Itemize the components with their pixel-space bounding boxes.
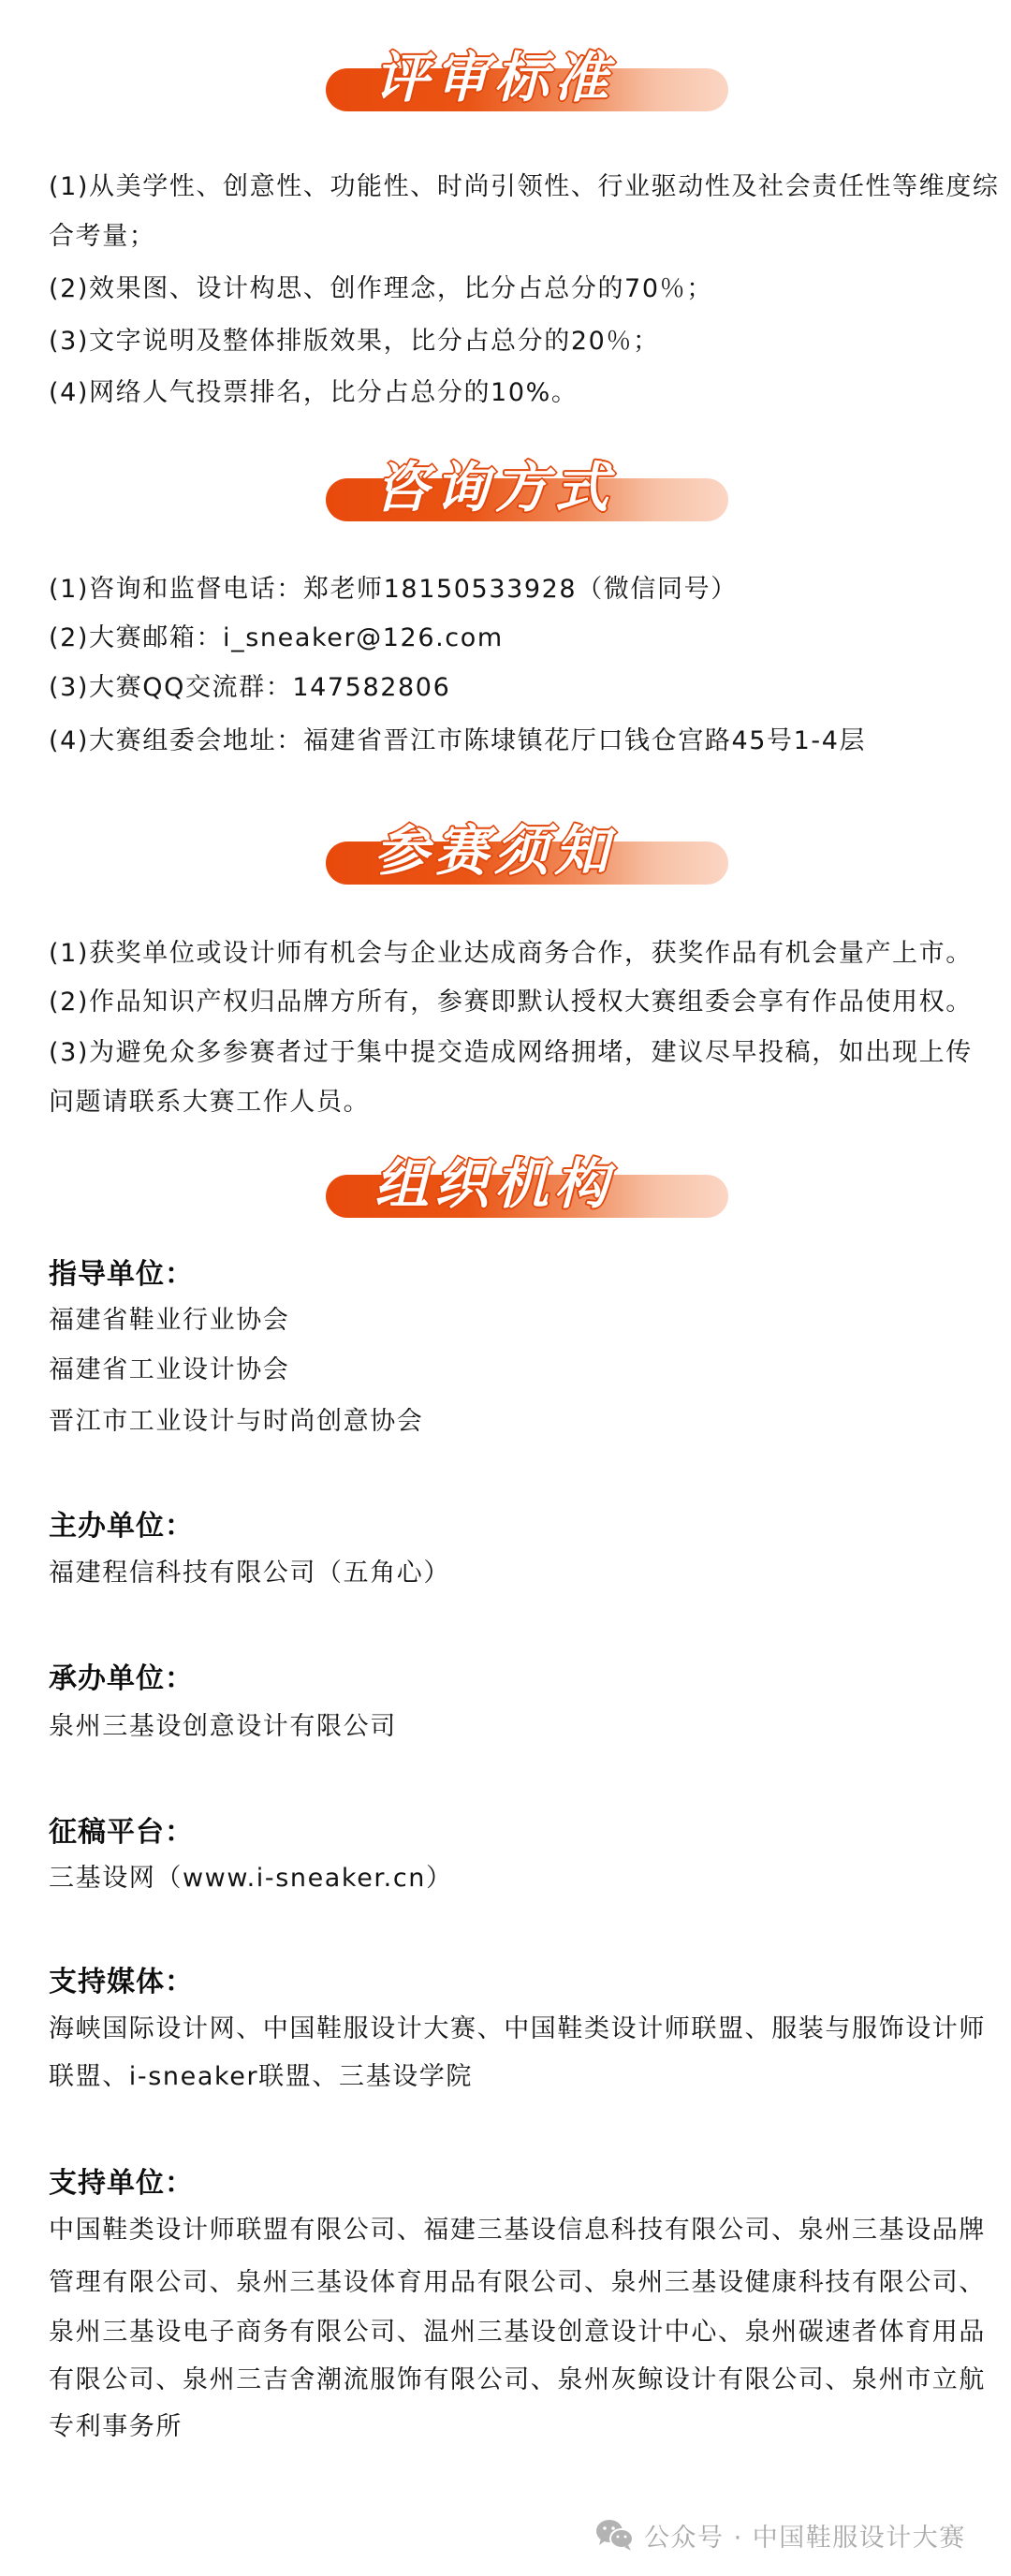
org-item: 福建省鞋业行业协会 (49, 1305, 289, 1337)
section-title: 参赛须知 (374, 818, 614, 884)
org-item: 福建省工业设计协会 (49, 1354, 289, 1386)
section-title: 组织机构 (374, 1151, 614, 1217)
section-banner-notice: 参赛须知 (326, 811, 730, 914)
org-item: 中国鞋类设计师联盟有限公司、福建三基设信息科技有限公司、泉州三基设品牌 (49, 2215, 986, 2247)
org-item-platform-link[interactable]: 三基设网（www.i-sneaker.cn） (49, 1863, 453, 1895)
org-label-media: 支持媒体： (49, 1966, 194, 1999)
criteria-line: (2)效果图、设计构思、创作理念，比分占总分的70％； (49, 273, 713, 305)
section-banner-organization: 组织机构 (326, 1144, 730, 1247)
criteria-line: (3)文字说明及整体排版效果，比分占总分的20％； (49, 326, 660, 358)
org-item: 有限公司、泉州三吉舍潮流服饰有限公司、泉州灰鲸设计有限公司、泉州市立航 (49, 2364, 986, 2396)
org-item: 晋江市工业设计与时尚创意协会 (49, 1406, 423, 1438)
org-item: 管理有限公司、泉州三基设体育用品有限公司、泉州三基设健康科技有限公司、 (49, 2267, 986, 2299)
section-title: 咨询方式 (374, 455, 614, 520)
org-item: 海峡国际设计网、中国鞋服设计大赛、中国鞋类设计师联盟、服装与服饰设计师 (49, 2013, 986, 2045)
notice-line: (1)获奖单位或设计师有机会与企业达成商务合作，获奖作品有机会量产上市。 (49, 938, 973, 970)
section-title: 评审标准 (374, 45, 614, 110)
contact-line-address: (4)大赛组委会地址：福建省晋江市陈埭镇花厅口钱仓宫路45号1-4层 (49, 725, 866, 757)
org-label-organizer: 承办单位： (49, 1662, 194, 1696)
watermark-text: 公众号 · 中国鞋服设计大赛 (644, 2517, 966, 2554)
section-banner-contact: 咨询方式 (326, 447, 730, 550)
notice-line: (3)为避免众多参赛者过于集中提交造成网络拥堵，建议尽早投稿，如出现上传 (49, 1037, 973, 1069)
wechat-icon (595, 2518, 635, 2552)
contact-line-email[interactable]: (2)大赛邮箱：i_sneaker@126.com (49, 622, 504, 654)
org-item: 专利事务所 (49, 2411, 183, 2443)
notice-line: (2)作品知识产权归品牌方所有，参赛即默认授权大赛组委会享有作品使用权。 (49, 987, 973, 1018)
criteria-line: (1)从美学性、创意性、功能性、时尚引领性、行业驱动性及社会责任性等维度综 (49, 171, 999, 203)
org-label-platform: 征稿平台： (49, 1816, 194, 1850)
org-label-host: 主办单位： (49, 1510, 194, 1544)
criteria-line: (4)网络人气投票排名，比分占总分的10%。 (49, 377, 578, 409)
org-item: 泉州三基设创意设计有限公司 (49, 1711, 397, 1743)
criteria-line: 合考量； (49, 221, 155, 253)
org-label-guiding: 指导单位： (49, 1258, 194, 1292)
contact-line-qq: (3)大赛QQ交流群：147582806 (49, 672, 450, 704)
org-label-supporters: 支持单位： (49, 2167, 194, 2201)
org-item: 泉州三基设电子商务有限公司、温州三基设创意设计中心、泉州碳速者体育用品 (49, 2317, 986, 2349)
contact-line-phone: (1)咨询和监督电话：郑老师18150533928（微信同号） (49, 574, 738, 606)
org-item: 联盟、i-sneaker联盟、三基设学院 (49, 2061, 473, 2093)
watermark: 公众号 · 中国鞋服设计大赛 (595, 2516, 966, 2554)
section-banner-judging-criteria: 评审标准 (326, 37, 730, 140)
notice-line: 问题请联系大赛工作人员。 (49, 1087, 370, 1119)
org-item: 福建程信科技有限公司（五角心） (49, 1558, 450, 1589)
